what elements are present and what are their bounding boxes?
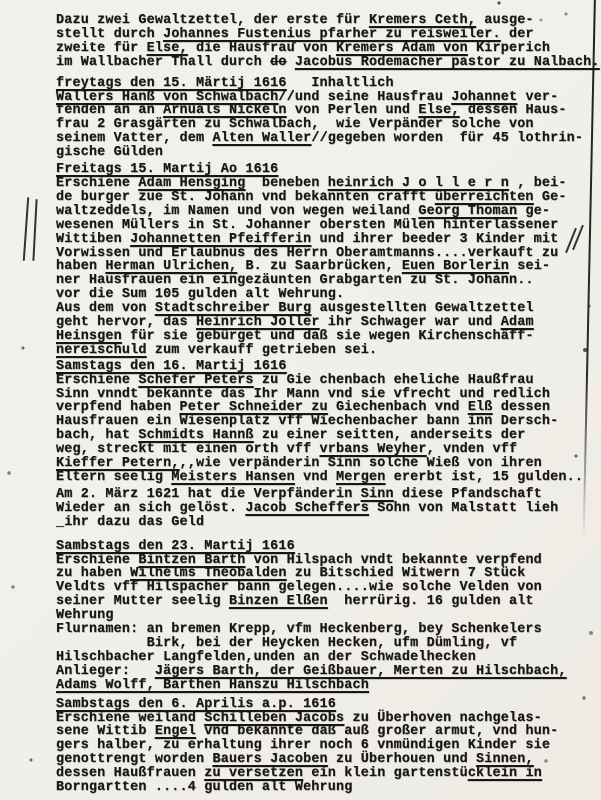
text-run: Erschiene [56, 176, 138, 191]
text-run: Wittiben [56, 232, 130, 247]
text-line: Wehrung [56, 609, 581, 623]
text-line: frau 2 Grasgärten zu Schwalbach, wie Ver… [56, 118, 581, 132]
underlined-name: Samstags den 16. Martij 1616 [56, 359, 287, 374]
text-line: zu haben Wilhelms Theobalden zu Bitschie… [56, 567, 581, 581]
underlined-name: Adam [501, 315, 534, 330]
entry-sambstag-6-aprilis: Sambstags den 6. Aprilis a.p. 1616Erschi… [56, 698, 581, 795]
text-run: ausgestellten Gewaltzettel [311, 301, 533, 316]
text-line: Wallers Hanß von Schwalbach//und seine H… [56, 91, 581, 105]
text-line: fenden an an Arnuals Nickeln von Perlen … [56, 104, 581, 118]
text-line: Wittiben Johannetten Pfeifferin und ihre… [56, 233, 581, 247]
text-run: dessen [493, 400, 551, 415]
underlined-name: Johannes Fustenius pfarher zu reisweiler… [163, 27, 501, 42]
text-run [287, 55, 295, 70]
underlined-name: Mergen [336, 470, 385, 485]
document-page: Dazu zwei Gewaltzettel, der erste für Kr… [56, 14, 581, 795]
text-line: nereischuld zum verkauff getrieben sei. [56, 344, 581, 358]
underlined-name: nereischuld [56, 343, 147, 358]
text-run: sene Wittib [56, 724, 155, 739]
text-run: , bei- [509, 176, 567, 191]
text-line: Aus dem von Stadtschreiber Burg ausgeste… [56, 302, 581, 316]
text-run: zu einer seitten, anderseits der [254, 428, 526, 443]
text-run: de burger zue St. Johann vnd bekannten c… [56, 190, 435, 205]
text-run: Aus dem von [56, 301, 155, 316]
underlined-name: Schilleben Jacobs [204, 711, 344, 726]
text-line: Wieder an sich gelöst. Jacob Scheffers S… [56, 502, 581, 516]
text-line: Erschiene Bintzen Barth von Hilspach vnd… [56, 554, 581, 568]
text-run: haben [56, 259, 105, 274]
underlined-name: Sambstags den 6. Aprilis a.p. 1616 [56, 697, 336, 712]
text-line: Flurnamen: an bremen Krepp, vfm Heckenbe… [56, 623, 581, 637]
text-run: vnd [295, 470, 336, 485]
text-run: im Wallbacher Thall durch [56, 55, 270, 70]
underlined-name: Binzen Elßen [229, 594, 328, 609]
text-run: zweite für [56, 41, 147, 56]
text-line: waltzeddels, im Namen und von wegen weil… [56, 205, 581, 219]
text-run: Giechenbach vnd [328, 400, 468, 415]
underlined-name: Sinn [361, 487, 394, 502]
text-run: B. zu Saarbrücken, [237, 259, 402, 274]
struck-text: do [270, 55, 286, 70]
text-line: genottrengt worden Bauers Jacoben zu Übe… [56, 753, 581, 767]
scan-edge-line [583, 0, 596, 539]
underlined-name: Adams Wolff, Barthen Hanszu Hilschbach [56, 678, 369, 693]
scan-noise [0, 0, 2, 2]
entry-samstag-16-martij: Samstags den 16. Martij 1616Erschiene Sc… [56, 360, 581, 485]
text-run: gische Gülden [56, 145, 163, 160]
underlined-name: Adam Hensging [138, 176, 245, 191]
text-line: Samstags den 16. Martij 1616 [56, 360, 581, 374]
text-run: bach, hat [56, 428, 138, 443]
text-line: stellt durch Johannes Fustenius pfarher … [56, 28, 581, 42]
text-line: dessen Haußfrauen zu versetzen ein klein… [56, 767, 581, 781]
text-run: wesenen Müllers in St. Johanner obersten… [56, 218, 558, 233]
text-run: //und seine Hausfrau [278, 90, 451, 105]
text-line: weg, streckt mit einen orth vff vrbans W… [56, 443, 581, 457]
underlined-name: Jacobus Rodemacher pastor zu Nalbach. [295, 55, 600, 70]
text-run: Erschiene [56, 373, 138, 388]
underlined-name: heinrich J o l l e r n [328, 176, 509, 191]
text-run: fenden an an [56, 103, 163, 118]
text-line: verpfend haben Peter Schneider zu Gieche… [56, 401, 581, 415]
text-run: für sie gebürget und daß sie wegen Kirch… [122, 329, 534, 344]
text-line: _ihr dazu das Geld [56, 516, 581, 530]
text-line: seiner Mutter seelig Binzen Elßen herrür… [56, 595, 581, 609]
underlined-name: überreichten [435, 190, 534, 205]
text-run: genottrengt worden [56, 752, 212, 767]
underlined-name: Else, [147, 41, 188, 56]
text-line: freytags den 15. Märtij 1616 Inhaltlich [56, 77, 581, 91]
margin-pen-mark-left [23, 197, 29, 261]
underlined-name: cklein in [468, 766, 542, 781]
underlined-name: Wallers Hanß von Schwalbach [56, 90, 278, 105]
text-run: Anlieger: [56, 664, 155, 679]
underlined-name: Kieffer Petern, [56, 456, 180, 471]
underlined-name: Engel [155, 724, 196, 739]
text-line: sene Wittib Engel vnd bekannte daß auß g… [56, 725, 581, 739]
underlined-name: Sambstags den 23. Martij 1616 [56, 539, 295, 554]
text-line: Erschiene weiland Schilleben Jacobs zu Ü… [56, 712, 581, 726]
text-run: ge- [517, 204, 550, 219]
text-line: Erschiene Adam Hensging beneben heinrich… [56, 177, 581, 191]
text-run: dessen Haus- [460, 103, 567, 118]
entry-freitag-15-martij-hensging: Freitags 15. Martij Ao 1616Erschiene Ada… [56, 163, 581, 358]
underlined-name: Bintzen Barth [138, 553, 245, 568]
underlined-name: Jacob Scheffers [245, 501, 369, 516]
underlined-name: Sinnen, [476, 752, 534, 767]
text-run: die Hausfrau von [188, 41, 336, 56]
underlined-name: Heinsgen [56, 329, 122, 344]
text-line: Anlieger: Jägers Barth, der Geißbauer, M… [56, 665, 581, 679]
text-run: Inhaltlich [287, 76, 394, 91]
text-run: der [501, 27, 534, 42]
underlined-name: Bauers Jacoben [212, 752, 327, 767]
text-run: , vnden vff [427, 442, 518, 457]
text-run: zu haben [56, 566, 130, 581]
text-run: Birk, bei der Heycken Hecken, ufm Dümlin… [56, 636, 517, 651]
underlined-name: zu versetzen [204, 766, 303, 781]
underlined-name: Schmidts Hannß [138, 428, 253, 443]
margin-pen-mark-left [32, 199, 37, 261]
entry-freytag-15-martij: freytags den 15. Märtij 1616 InhaltlichW… [56, 77, 581, 160]
text-run: waltzeddels, im Namen und von wegen weil… [56, 204, 418, 219]
text-line: Am 2. März 1621 hat die Verpfänderin Sin… [56, 488, 581, 502]
underlined-name: Peter Schneider zu [180, 400, 328, 415]
text-run: //gegeben worden für 45 lothrin- [311, 131, 583, 146]
text-run: ner Hausfrauen ein eingezäunten Grabgart… [56, 273, 534, 288]
underlined-name: Jägers Barth, der Geißbauer, Merten zu H… [155, 664, 567, 679]
text-line: geht hervor, das Heinrich Joller ihr Sch… [56, 316, 581, 330]
text-line: de burger zue St. Johann vnd bekannten c… [56, 191, 581, 205]
text-run: Wieder an sich gelöst. [56, 501, 245, 516]
underlined-name: vrbans Weyher [320, 442, 427, 457]
text-line: im Wallbacher Thall durch do Jacobus Rod… [56, 56, 581, 70]
text-run: zum verkauff getrieben sei. [147, 343, 378, 358]
text-run: verpfend haben [56, 400, 180, 415]
text-run: ein klein gartenstü [303, 766, 468, 781]
text-line: Sambstags den 23. Martij 1616 [56, 540, 581, 554]
text-run: seinem Vatter, dem [56, 131, 212, 146]
underlined-name: Schefer Peters [138, 373, 253, 388]
text-line: Hausfrauen ein Wiesenplatz vff Wiechenba… [56, 415, 581, 429]
text-line: Birk, bei der Heycken Hecken, ufm Dümlin… [56, 637, 581, 651]
text-line: Eltern seelig Meisters Hansen vnd Mergen… [56, 471, 581, 485]
text-line: seinem Vatter, dem Alten Waller//gegeben… [56, 132, 581, 146]
text-run: Hilschbacher Langfelden,unden an der Sch… [56, 650, 476, 665]
text-run: Dazu zwei Gewaltzettel, der erste für [56, 13, 369, 28]
text-run: zu Bitschied Witwern 7 Stück [287, 566, 526, 581]
text-run: vor die Sum 105 gulden alt Wehrung. [56, 287, 344, 302]
underlined-name: Kremers Ceth, [369, 13, 476, 28]
text-run: von Hilspach vndt bekannte verpfend [245, 553, 542, 568]
text-run: weg, streckt mit einen orth vff [56, 442, 320, 457]
text-line: Hilschbacher Langfelden,unden an der Sch… [56, 651, 581, 665]
text-run: von Perlen und [287, 103, 419, 118]
text-run: ausge- [476, 13, 534, 28]
entry-gewaltzettel: Dazu zwei Gewaltzettel, der erste für Kr… [56, 14, 581, 70]
text-run: dessen Haußfrauen [56, 766, 204, 781]
text-line: Heinsgen für sie gebürget und daß sie we… [56, 330, 581, 344]
text-run: Erschiene [56, 553, 138, 568]
text-line: haben Herman Ulrichen, B. zu Saarbrücken… [56, 260, 581, 274]
text-run: Ge- [534, 190, 567, 205]
underlined-name: Heinrich Joller [196, 315, 320, 330]
underlined-name: Wilhelms Theobalden [130, 566, 286, 581]
text-line: vor die Sum 105 gulden alt Wehrung. [56, 288, 581, 302]
text-run: Hausfrauen ein Wiesenplatz vff Wiechenba… [56, 414, 558, 429]
text-run: diese Pfandschaft [394, 487, 542, 502]
text-run: frau 2 Grasgärten zu Schwalbach, wie Ver… [56, 117, 534, 132]
text-run: Eltern seelig [56, 470, 171, 485]
text-run: zu Überhoven nachgelas- [344, 711, 542, 726]
underlined-name: Herman Ulrichen, [105, 259, 237, 274]
underlined-name: Meisters Hansen [171, 470, 295, 485]
text-line: Adams Wolff, Barthen Hanszu Hilschbach [56, 679, 581, 693]
text-run: sei- [509, 259, 550, 274]
text-run: beneben [245, 176, 327, 191]
underlined-name: freytags den 15. Märtij 1616 [56, 76, 287, 91]
underlined-name: Elß [468, 400, 493, 415]
text-run: seiner Mutter seelig [56, 594, 229, 609]
text-line: ner Hausfrauen ein eingezäunten Grabgart… [56, 274, 581, 288]
text-run: vnd bekannte daß auß großer armut, vnd h… [196, 724, 558, 739]
text-line: Veldts vff Hilspacher bann gelegen....wi… [56, 581, 581, 595]
text-run: Kirperich [468, 41, 550, 56]
text-run: herrürig. 16 gulden alt [328, 594, 534, 609]
underlined-name: Euen Borlerin [402, 259, 509, 274]
text-line: Sinn vnndt bekannte das Ihr Mann vnd sie… [56, 388, 581, 402]
text-line: Erschiene Schefer Peters zu Gie chenbach… [56, 374, 581, 388]
text-run: Flurnamen: an bremen Krepp, vfm Heckenbe… [56, 622, 542, 637]
text-run: Sinn vnndt bekannte das Ihr Mann vnd sie… [56, 387, 550, 402]
scanned-document: { "document": { "language": "de", "parag… [0, 0, 601, 800]
text-run: und ihrer beeder 3 Kinder mit [311, 232, 558, 247]
underlined-name: Alten Waller [212, 131, 311, 146]
text-run: Am 2. März 1621 hat die Verpfänderin [56, 487, 361, 502]
text-line: Sambstags den 6. Aprilis a.p. 1616 [56, 698, 581, 712]
underlined-name: Johannet [451, 90, 517, 105]
underlined-name: Arnuals Nickeln [163, 103, 287, 118]
text-line: Dazu zwei Gewaltzettel, der erste für Kr… [56, 14, 581, 28]
text-run: _ihr dazu das Geld [56, 515, 204, 530]
text-run: ererbt ist, 15 gulden.. [385, 470, 583, 485]
underlined-name: Johannetten Pfeifferin [130, 232, 311, 247]
text-line: Kieffer Petern,,,wie verpänderin Sinn so… [56, 457, 581, 471]
note-1621: Am 2. März 1621 hat die Verpfänderin Sin… [56, 488, 581, 530]
underlined-name: Stadtschreiber Burg [155, 301, 311, 316]
text-line: Freitags 15. Martij Ao 1616 [56, 163, 581, 177]
text-run: Wehrung [56, 608, 114, 623]
underlined-name: Georg Thoman [418, 204, 517, 219]
underlined-name: Kremers Adam von [336, 41, 468, 56]
entry-sambstag-23-martij: Sambstags den 23. Martij 1616Erschiene B… [56, 540, 581, 693]
text-run: ihr Schwager war und [320, 315, 501, 330]
text-line: zweite für Else, die Hausfrau von Kremer… [56, 42, 581, 56]
text-run: Vorwissen und Erlaubnus des Herrn Oberam… [56, 246, 558, 261]
text-run: Borngartten ....4 gulden alt Wehrung [56, 780, 353, 795]
text-run: Erschiene weiland [56, 711, 204, 726]
text-run: stellt durch [56, 27, 163, 42]
underlined-name: Else, [418, 103, 459, 118]
text-line: Vorwissen und Erlaubnus des Herrn Oberam… [56, 247, 581, 261]
text-run: zu Überhouen und [328, 752, 476, 767]
text-run: geht hervor, das [56, 315, 196, 330]
text-line: wesenen Müllers in St. Johanner obersten… [56, 219, 581, 233]
text-line: Borngartten ....4 gulden alt Wehrung [56, 781, 581, 795]
text-line: gische Gülden [56, 146, 581, 160]
underlined-name: Freitags 15. Martij Ao 1616 [56, 162, 278, 177]
text-line: bach, hat Schmidts Hannß zu einer seitte… [56, 429, 581, 443]
text-run: Veldts vff Hilspacher bann gelegen....wi… [56, 580, 542, 595]
text-run: zu Gie chenbach eheliche Haußfrau [254, 373, 534, 388]
text-run: ver- [517, 90, 558, 105]
text-run: ,,wie verpänderin Sinn solche Wieß von i… [180, 456, 542, 471]
text-run: Sohn von Malstatt lieh [369, 501, 558, 516]
